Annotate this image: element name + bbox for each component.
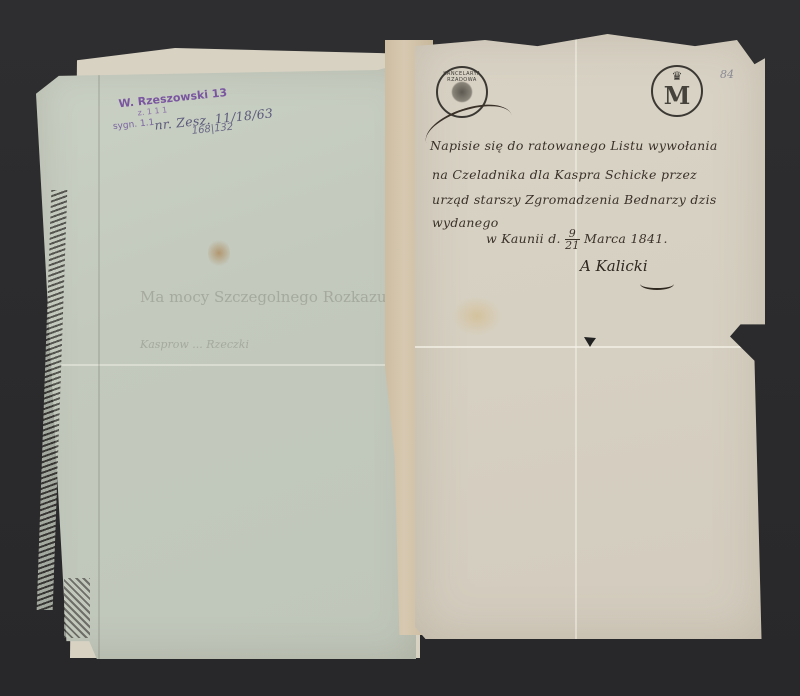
crown-icon: ♛ <box>672 69 683 83</box>
monogram-letter: M <box>664 81 691 110</box>
seal-ring-text: KANCELARYA RZADOWA <box>438 71 486 83</box>
ornamental-corner <box>64 578 90 638</box>
text-line-1: Napisie się do ratowanego Listu wywołani… <box>430 138 718 153</box>
text-line-2: na Czeladnika dla Kaspra Schicke przez <box>432 167 697 182</box>
bleed-through-handwriting: Kasprow ... Rzeczki <box>140 338 249 351</box>
date-day-fraction: 9 21 <box>565 228 580 251</box>
place-and-date: w Kaunii d. 9 21 Marca 1841. <box>486 228 668 251</box>
paper-stain <box>208 238 230 268</box>
signature-flourish <box>640 278 674 290</box>
place: w Kaunii d. <box>486 231 561 246</box>
vertical-fold-line <box>575 34 577 639</box>
signature: A Kalicki <box>580 257 648 275</box>
horizontal-fold-line <box>36 364 416 366</box>
left-leaf <box>36 64 416 659</box>
official-seal-monogram: ♛ M <box>651 65 703 117</box>
bleed-through-print: Ma mocy Szczegolnego Rozkazu <box>140 288 387 306</box>
eagle-icon <box>451 81 473 103</box>
paper-stain <box>452 296 502 336</box>
text-line-3: urząd starszy Zgromadzenia Bednarzy dzis <box>432 192 717 207</box>
folio-number: 84 <box>720 68 734 81</box>
month-year: Marca 1841. <box>584 231 668 246</box>
date-day-new-style: 21 <box>565 240 580 251</box>
vertical-fold-line <box>98 64 100 659</box>
